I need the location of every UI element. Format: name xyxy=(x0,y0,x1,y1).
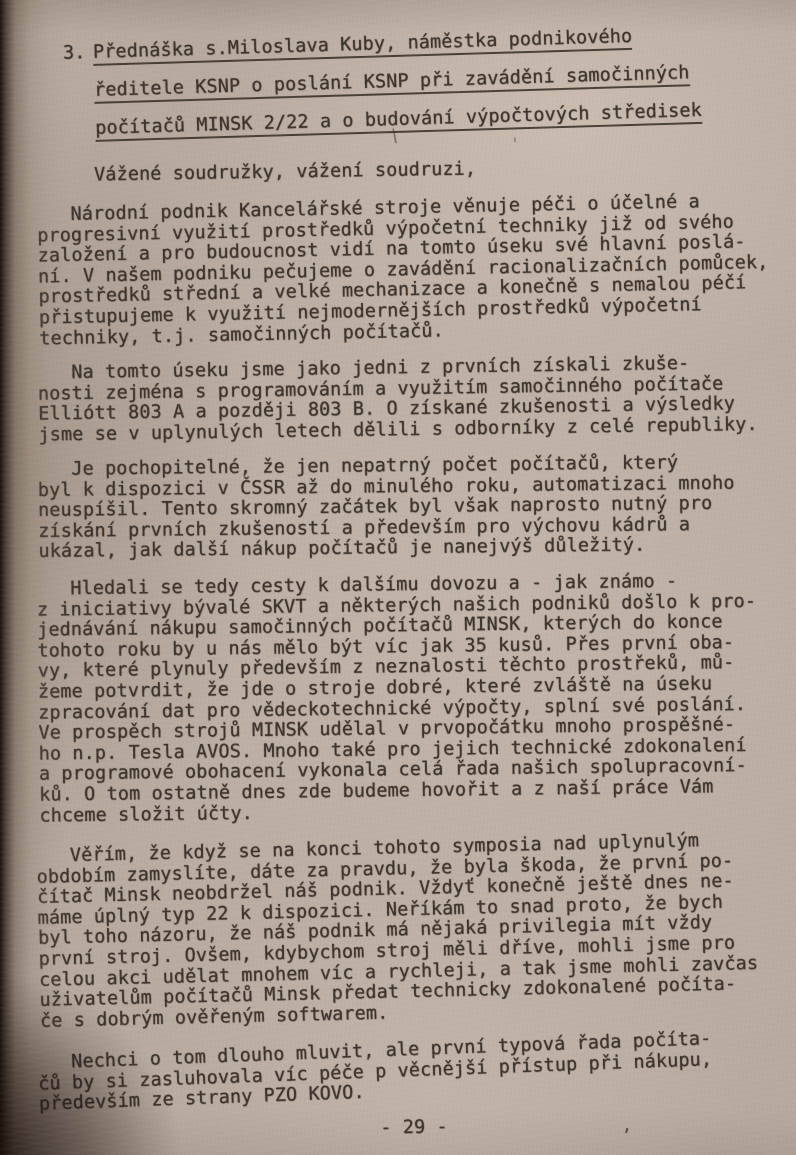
page-number: - 29 - xyxy=(380,1117,448,1139)
section-heading: 3. Přednáška s.Miloslava Kuby, náměstka … xyxy=(62,13,791,148)
paragraph-5: Věřím, že když se na konci tohoto sympos… xyxy=(36,829,792,1032)
scanned-document-page: 3. Přednáška s.Miloslava Kuby, náměstka … xyxy=(0,0,796,1155)
paragraph-6: Nechci o tom dlouho mluvit, ale první ty… xyxy=(37,1026,791,1115)
ink-speck: , xyxy=(622,1116,632,1135)
salutation: Vážené soudružky, vážení soudruzi, xyxy=(94,155,790,187)
paragraph-4: Hledali se tedy cesty k dalšímu dovozu a… xyxy=(37,571,792,827)
paragraph-3: Je pochopitelné, že jen nepatrný počet p… xyxy=(37,452,790,563)
ink-speck: ' xyxy=(510,134,520,153)
paragraph-1: Národní podnik Kancelářské stroje věnuje… xyxy=(37,190,792,349)
section-number: 3. xyxy=(62,34,95,149)
paragraph-2: Na tomto úseku jsme jako jedni z prvních… xyxy=(37,352,790,446)
page-content: 3. Přednáška s.Miloslava Kuby, náměstka … xyxy=(0,0,796,1138)
page-footer: - 29 - , xyxy=(38,1111,790,1144)
